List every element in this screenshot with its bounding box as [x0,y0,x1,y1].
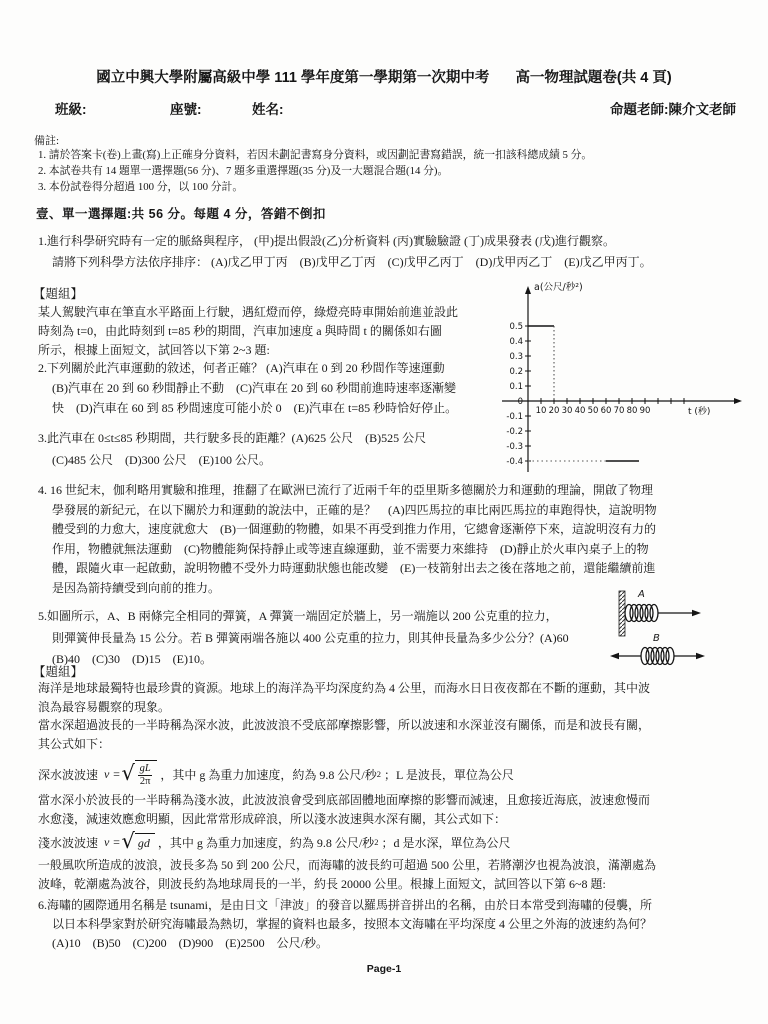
question-6-line: 6.海嘯的國際通用名稱是 tsunami，是由日文「津波」的發音以羅馬拼音拼出的… [38,896,750,915]
section-1-heading: 壹、單一選擇題:共 56 分。每題 4 分，答錯不倒扣 [36,204,326,222]
graph-y-tick: 0.4 [509,337,523,347]
graph-y-tick: -0.1 [506,412,523,422]
wall-hatch [619,591,625,636]
class-field-label: 班級: [55,98,87,118]
graph-y-tick: 0.3 [509,352,523,362]
question-6: 6.海嘯的國際通用名稱是 tsunami，是由日文「津波」的發音以羅馬拼音拼出的… [38,896,750,952]
graph-x-tick: 40 [575,406,586,416]
group-2-intro-line: 其公式如下： [38,735,744,754]
fraction-numerator: gL [140,763,151,774]
spring-b-label: B [653,633,660,644]
deep-water-wave-formula: 深水波波速 v = √ gL 2π ，其中 g 為重力加速度，約為 9.8 公尺… [38,755,514,793]
shallow-water-line: 當水深小於波長的一半時稱為淺水波，此波波浪會受到底部固體地面摩擦的影響而減速，且… [38,791,744,810]
shallow-water-wave-formula: 淺水波波速 v = √ gd ，其中 g 為重力加速度，約為 9.8 公尺/秒2… [38,827,510,857]
formula-prefix: 深水波波速 [38,766,104,783]
spring-a-label: A [637,589,645,600]
springs-figure: A B [606,586,764,682]
question-5: 5.如圖所示，A、B 兩條完全相同的彈簧，A 彈簧一端固定於牆上，另一端施以 2… [38,606,630,671]
spring-b-right-arrow-icon [696,653,705,659]
teacher-label: 命題老師:陳介文老師 [610,98,736,118]
spring-b-coil [641,648,674,665]
radical-sign: √ [121,764,134,783]
exam-paper-page-1: 國立中興大學附屬高級中學 111 學年度第一學期第一次期中考 高一物理試題卷(共… [0,0,768,1024]
group-1-intro-line: 所示，根據上面短文，試回答以下第 2~3 題: [38,341,510,360]
question-2-line: 2.下列關於此汽車運動的敘述，何者正確？ (A)汽車在 0 到 20 秒間作等速… [38,359,520,379]
wind-wave-line: 波峰，乾潮處為波谷，則波長約為地球周長的一半，約長 20000 公里。根據上面短… [38,875,750,894]
graph-y-tick: -0.3 [506,442,523,452]
question-2: 2.下列關於此汽車運動的敘述，何者正確？ (A)汽車在 0 到 20 秒間作等速… [38,359,520,418]
formula-tail: ；d 是水深，單位為公尺 [378,834,510,851]
graph-y-axis-label: a(公尺/秒²) [534,281,583,293]
question-4: 4. 16 世紀末，伽利略用實驗和推理，推翻了在歐洲已流行了近兩千年的亞里斯多德… [38,481,744,599]
question-1: 1.進行科學研究時有一定的脈絡與程序， (甲)提出假設(乙)分析資料 (丙)實驗… [38,231,738,272]
graph-x-tick: 30 [562,406,573,416]
note-item: 3. 本份試卷得分超過 100 分，以 100 分計。 [38,179,592,195]
question-1-line: 請將下列科學方法依序排序： (A)戊乙甲丁丙 (B)戊甲乙丁丙 (C)戊甲乙丙丁… [38,252,738,273]
formula-variable: v = [104,835,120,850]
question-4-line: 4. 16 世紀末，伽利略用實驗和推理，推翻了在歐洲已流行了近兩千年的亞里斯多德… [38,481,744,501]
graph-x-tick: 70 [614,406,625,416]
question-4-line: 作用，物體就無法運動 (C)物體能夠保持靜止或等速直線運動，並不需要力來維持 (… [38,540,744,560]
formula-variable: v = [104,767,120,782]
exam-subject-title: 高一物理試題卷(共 4 頁) [515,66,671,87]
radicand: gd [138,836,150,851]
notes-heading: 備註: [34,132,59,148]
shallow-water-paragraph: 當水深小於波長的一半時稱為淺水波，此波波浪會受到底部固體地面摩擦的影響而減速，且… [38,791,744,828]
question-3-line: (C)485 公尺 (D)300 公尺 (E)100 公尺。 [38,449,518,471]
question-group-2-label: 【題組】 [33,662,83,680]
graph-x-tick: 10 [536,406,547,416]
note-item: 2. 本試卷共有 14 題單一選擇題(56 分)、7 題多重選擇題(35 分)及… [38,163,592,179]
graph-x-tick: 60 [601,406,612,416]
question-4-line: 體，跟隨火車一起啟動，說明物體不受外力時運動狀態也能改變 (E)一枝箭射出去之後… [38,559,744,579]
exam-title-row: 國立中興大學附屬高級中學 111 學年度第一學期第一次期中考 高一物理試題卷(共… [0,66,768,87]
graph-y-tick: -0.2 [506,427,523,437]
question-5-line: (B)40 (C)30 (D)15 (E)10。 [38,649,630,671]
name-field-label: 姓名: [252,98,284,118]
group-2-intro-line: 當水深超過波長的一半時稱為深水波，此波波浪不受底部摩擦影響，所以波速和水深並沒有… [38,716,744,735]
formula-tail: ，其中 g 為重力加速度，約為 9.8 公尺/秒 [160,766,376,783]
graph-y-tick: -0.4 [506,457,523,467]
notes-list: 1. 請於答案卡(卷)上畫(寫)上正確身分資料，若因未劃記書寫身分資料，或因劃記… [38,147,592,195]
question-group-1-label: 【題組】 [33,284,83,302]
question-4-line: 學發展的新紀元，在以下關於力和運動的說法中，正確的是？ (A)四匹馬拉的車比兩匹… [38,501,744,521]
graph-x-axis-label: t (秒) [688,405,710,417]
group-1-intro-line: 某人駕駛汽車在筆直水平路面上行駛，遇紅燈而停，綠燈亮時車開始前進並設此 [38,303,510,322]
graph-x-tick: 90 [640,406,651,416]
group-1-intro-line: 時刻為 t=0，由此時刻到 t=85 秒的期間，汽車加速度 a 與時間 t 的關… [38,322,510,341]
question-2-line: (B)汽車在 20 到 60 秒間靜止不動 (C)汽車在 20 到 60 秒間前… [38,379,520,399]
graph-y-tick: 0.1 [509,382,523,392]
wind-wave-line: 一般風吹所造成的波浪，波長多為 50 到 200 公尺，而海嘯的波長約可超過 5… [38,856,750,875]
wind-wave-paragraph: 一般風吹所造成的波浪，波長多為 50 到 200 公尺，而海嘯的波長約可超過 5… [38,856,750,894]
question-2-line: 快 (D)汽車在 60 到 85 秒間速度可能小於 0 (E)汽車在 t=85 … [38,399,520,419]
graph-y-tick: 0.5 [509,322,523,332]
question-4-line: 體受到的力愈大，速度就愈大 (B)一個運動的物體，如果不再受到推力作用，它總會逐… [38,520,744,540]
question-5-line: 則彈簧伸長量為 15 公分。若 B 彈簧兩端各施以 400 公克重的拉力，則其伸… [38,628,630,650]
question-6-line: 以日本科學家對於研究海嘯最為熱切，掌握的資料也最多，按照本文海嘯在平均深度 4 … [38,915,750,934]
shallow-water-line: 水愈淺，減速效應愈明顯，因此常常形成碎浪，所以淺水波速與水深有關，其公式如下： [38,810,744,829]
question-6-line: (A)10 (B)50 (C)200 (D)900 (E)2500 公尺/秒。 [38,934,750,953]
formula-tail: ；L 是波長，單位為公尺 [381,766,514,783]
graph-x-tick: 80 [627,406,638,416]
group-2-intro-line: 海洋是地球最獨特也最珍貴的資源。地球上的海洋為平均深度約為 4 公里，而海水日日… [38,679,744,698]
square-root: √ gL 2π [121,760,157,788]
question-3-line: 3.此汽車在 0≤t≤85 秒期間，共行駛多長的距離？(A)625 公尺 (B)… [38,427,518,449]
page-number: Page-1 [0,963,768,975]
question-group-1-intro: 某人駕駛汽車在筆直水平路面上行駛，遇紅燈而停，綠燈亮時車開始前進並設此 時刻為 … [38,303,510,359]
exam-title: 國立中興大學附屬高級中學 111 學年度第一學期第一次期中考 [96,66,489,87]
graph-x-tick: 50 [588,406,599,416]
spring-a-coil [625,605,658,622]
seat-field-label: 座號: [170,98,202,118]
radical-sign: √ [121,832,134,851]
question-5-line: 5.如圖所示，A、B 兩條完全相同的彈簧，A 彈簧一端固定於牆上，另一端施以 2… [38,606,630,628]
question-group-2-intro: 海洋是地球最獨特也最珍貴的資源。地球上的海洋為平均深度約為 4 公里，而海水日日… [38,679,744,753]
acceleration-time-graph: a(公尺/秒²) t (秒) 0.5 0.4 0.3 0.2 0.1 0 -0.… [492,280,750,478]
question-3: 3.此汽車在 0≤t≤85 秒期間，共行駛多長的距離？(A)625 公尺 (B)… [38,427,518,471]
fraction: gL 2π [138,763,153,788]
spring-a-arrow-icon [692,610,701,616]
graph-x-tick: 20 [549,406,560,416]
formula-tail: ，其中 g 為重力加速度，約為 9.8 公尺/秒 [158,834,374,851]
group-2-intro-line: 浪為最容易觀察的現象。 [38,698,744,717]
question-1-line: 1.進行科學研究時有一定的脈絡與程序， (甲)提出假設(乙)分析資料 (丙)實驗… [38,231,738,252]
spring-b-left-arrow-icon [610,653,619,659]
graph-y-tick: 0 [518,397,523,407]
graph-y-tick: 0.2 [509,367,523,377]
formula-prefix: 淺水波波速 [38,834,104,851]
note-item: 1. 請於答案卡(卷)上畫(寫)上正確身分資料，若因未劃記書寫身分資料，或因劃記… [38,147,592,163]
fraction-denominator: 2π [138,775,153,788]
square-root: √ gd [121,833,154,852]
